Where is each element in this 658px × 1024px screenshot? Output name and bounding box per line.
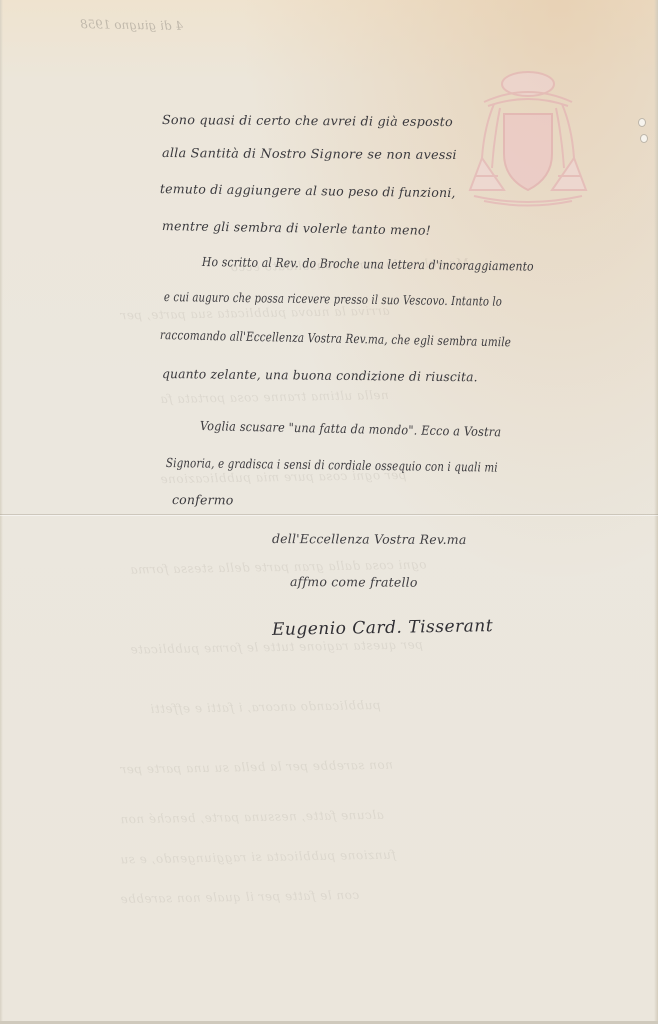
show-through-text: per questa ragione tutte le forme pubbli… <box>130 637 423 656</box>
body-line: alla Santità di Nostro Signore se non av… <box>162 145 457 162</box>
signature: Eugenio Card. Tisserant <box>272 616 493 640</box>
body-line: Voglia scusare "una fatta da mondo". Ecc… <box>200 418 502 439</box>
body-line: quanto zelante, una buona condizione di … <box>162 366 478 384</box>
punch-hole-icon <box>638 118 646 127</box>
paper-edge-right <box>654 0 658 1024</box>
body-line: temuto di aggiungere al suo peso di funz… <box>160 181 456 200</box>
body-line: Sono quasi di certo che avrei di già esp… <box>162 112 453 129</box>
show-through-date: 4 di giugno 1958 <box>80 17 183 33</box>
fold-line <box>0 514 658 515</box>
punch-hole-icon <box>640 134 648 143</box>
show-through-text: non sarebbe per la bella su una parte pe… <box>120 758 393 777</box>
letter-page: 4 di giugno 1958 Ma nel ruolo ormai cons… <box>0 0 658 1024</box>
body-line: confermo <box>172 492 234 507</box>
show-through-text: funzione pubblicata si raggiungendo, e s… <box>120 848 396 867</box>
closing-line-2: affmo come fratello <box>290 574 418 590</box>
paper-edge-left <box>0 0 3 1024</box>
show-through-text: pubblicando ancora, i fatti e effetti <box>150 698 381 716</box>
body-line: raccomando all'Eccellenza Vostra Rev.ma,… <box>160 327 511 349</box>
show-through-text: alcune fatte, nessuna parte, benché non <box>120 808 384 827</box>
body-line: mentre gli sembra di volerle tanto meno! <box>162 218 431 238</box>
closing-line-1: dell'Eccellenza Vostra Rev.ma <box>272 531 467 547</box>
show-through-text: con le fatte per il quale non sarebbe <box>120 888 359 906</box>
cardinal-coat-of-arms-icon <box>464 68 592 210</box>
show-through-text: nella ultima tranne cosa portata fa <box>160 388 389 406</box>
